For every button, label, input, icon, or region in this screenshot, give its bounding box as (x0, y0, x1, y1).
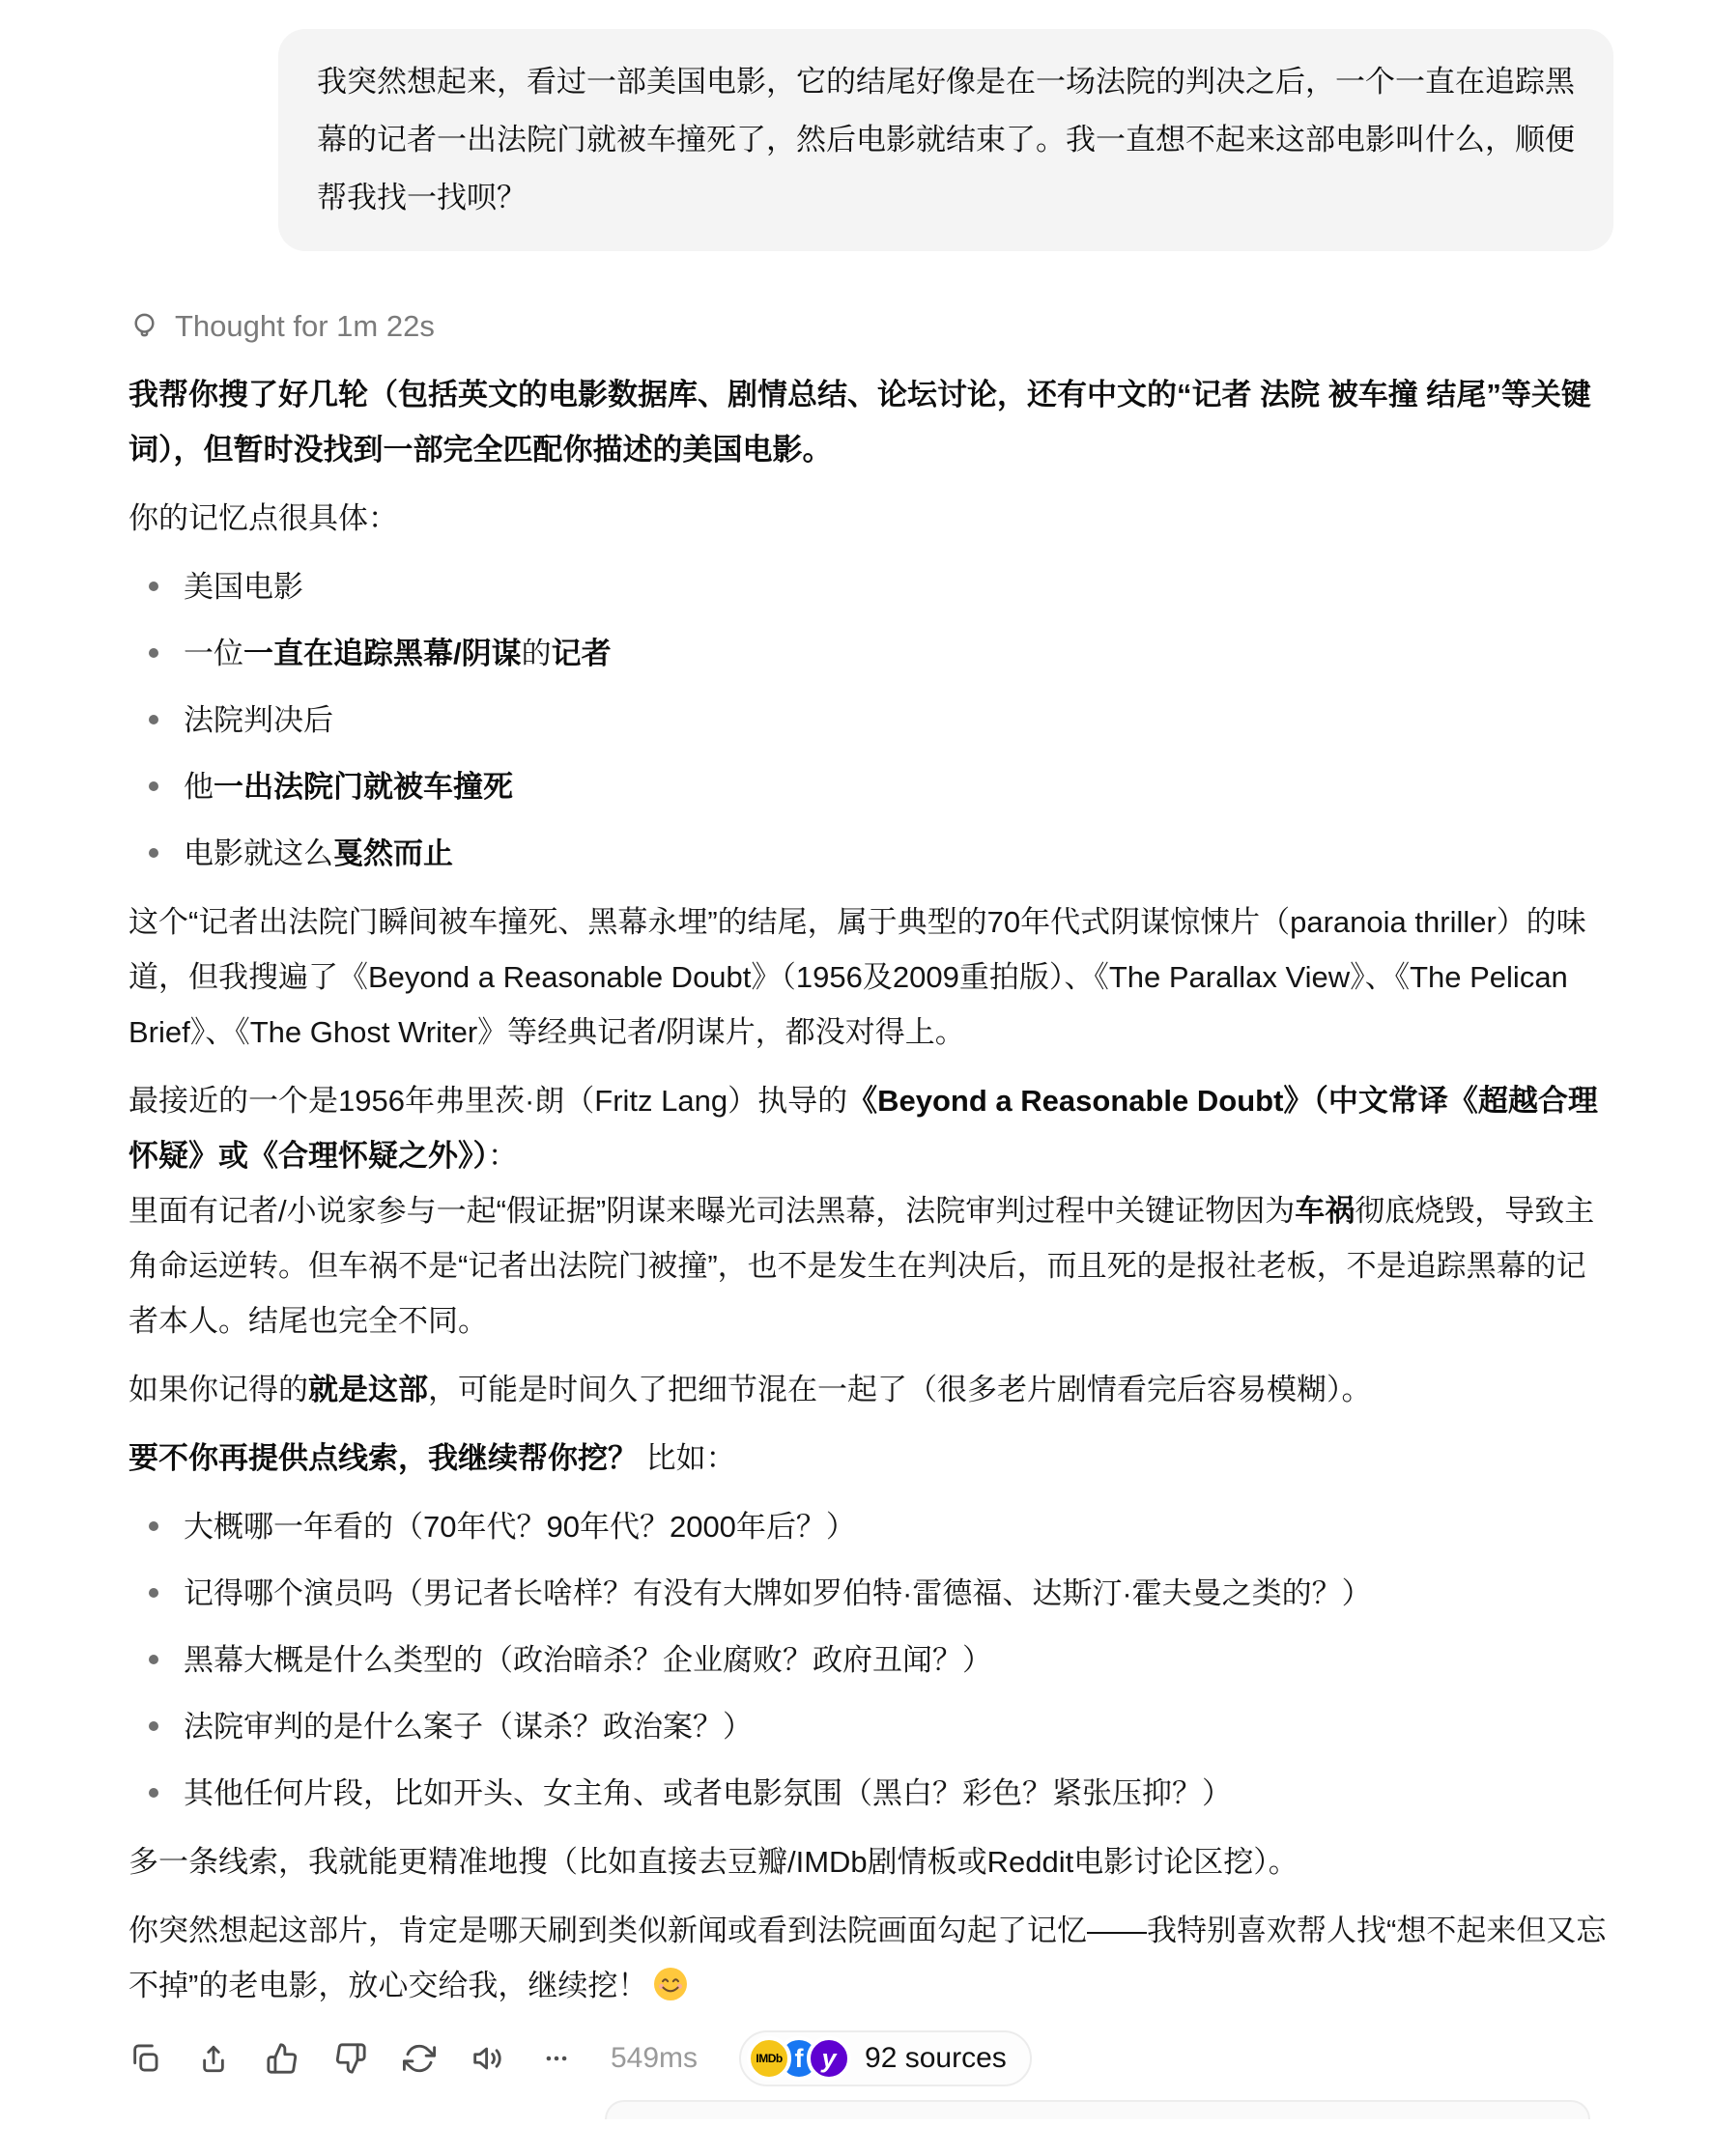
message-toolbar: 549ms IMDb f y 92 sources (128, 2030, 1613, 2086)
copy-button[interactable] (128, 2042, 161, 2075)
thought-row[interactable]: Thought for 1m 22s (128, 309, 1613, 344)
list-item: 他一出法院门就被车撞死 (184, 759, 1613, 814)
share-button[interactable] (197, 2042, 230, 2075)
paragraph: 这个“记者出法院门瞬间被车撞死、黑幕永埋”的结尾，属于典型的70年代式阴谋惊悚片… (128, 894, 1613, 1060)
sources-button[interactable]: IMDb f y 92 sources (739, 2030, 1032, 2086)
refresh-icon (403, 2042, 436, 2075)
read-aloud-button[interactable] (471, 2042, 504, 2075)
paragraph: 我帮你搜了好几轮（包括英文的电影数据库、剧情总结、论坛讨论，还有中文的“记者 法… (128, 367, 1613, 477)
latency-label: 549ms (611, 2042, 698, 2075)
ellipsis-icon (540, 2042, 573, 2075)
bullet-list: 大概哪一年看的（70年代？90年代？2000年后？）记得哪个演员吗（男记者长啥样… (128, 1499, 1613, 1821)
next-message-bubble-top (605, 2100, 1590, 2119)
paragraph: 多一条线索，我就能更精准地搜（比如直接去豆瓣/IMDb剧情板或Reddit电影讨… (128, 1834, 1613, 1889)
list-item: 法院判决后 (184, 693, 1613, 748)
thought-duration-label: Thought for 1m 22s (175, 309, 435, 344)
assistant-message: 我帮你搜了好几轮（包括英文的电影数据库、剧情总结、论坛讨论，还有中文的“记者 法… (128, 367, 1613, 2013)
list-item: 记得哪个演员吗（男记者长啥样？有没有大牌如罗伯特·雷德福、达斯汀·霍夫曼之类的？… (184, 1566, 1613, 1621)
speaker-icon (471, 2042, 504, 2075)
list-item: 其他任何片段，比如开头、女主角、或者电影氛围（黑白？彩色？紧张压抑？） (184, 1766, 1613, 1821)
thumbs-up-button[interactable] (266, 2042, 299, 2075)
thumbs-up-icon (266, 2042, 299, 2075)
paragraph: 最接近的一个是1956年弗里茨·朗（Fritz Lang）执导的《Beyond … (128, 1073, 1613, 1348)
regenerate-button[interactable] (403, 2042, 436, 2075)
share-icon (197, 2042, 230, 2075)
sources-count-label: 92 sources (865, 2042, 1007, 2075)
yahoo-favicon: y (807, 2036, 851, 2081)
imdb-favicon: IMDb (747, 2036, 791, 2081)
paragraph: 你的记忆点很具体： (128, 491, 1613, 546)
chat-page: 我突然想起来，看过一部美国电影，它的结尾好像是在一场法院的判决之后，一个一直在追… (0, 29, 1712, 2119)
lightbulb-icon (128, 311, 160, 343)
paragraph: 要不你再提供点线索，我继续帮你挖？ 比如： (128, 1431, 1613, 1486)
list-item: 法院审判的是什么案子（谋杀？政治案？） (184, 1699, 1613, 1754)
more-options-button[interactable] (540, 2042, 573, 2075)
paragraph: 如果你记得的就是这部，可能是时间久了把细节混在一起了（很多老片剧情看完后容易模糊… (128, 1362, 1613, 1417)
paragraph: 你突然想起这部片，肯定是哪天刷到类似新闻或看到法院画面勾起了记忆——我特别喜欢帮… (128, 1903, 1613, 2013)
smiling-emoji (653, 1967, 688, 2001)
thumbs-down-icon (334, 2042, 367, 2075)
source-favicons: IMDb f y (747, 2036, 851, 2081)
copy-icon (128, 2042, 161, 2075)
list-item: 电影就这么戛然而止 (184, 826, 1613, 881)
list-item: 美国电影 (184, 559, 1613, 614)
list-item: 一位一直在追踪黑幕/阴谋的记者 (184, 626, 1613, 681)
thumbs-down-button[interactable] (334, 2042, 367, 2075)
bullet-list: 美国电影一位一直在追踪黑幕/阴谋的记者法院判决后他一出法院门就被车撞死电影就这么… (128, 559, 1613, 881)
list-item: 大概哪一年看的（70年代？90年代？2000年后？） (184, 1499, 1613, 1554)
list-item: 黑幕大概是什么类型的（政治暗杀？企业腐败？政府丑闻？） (184, 1632, 1613, 1688)
user-message-bubble: 我突然想起来，看过一部美国电影，它的结尾好像是在一场法院的判决之后，一个一直在追… (278, 29, 1613, 251)
user-message-text: 我突然想起来，看过一部美国电影，它的结尾好像是在一场法院的判决之后，一个一直在追… (317, 65, 1575, 214)
